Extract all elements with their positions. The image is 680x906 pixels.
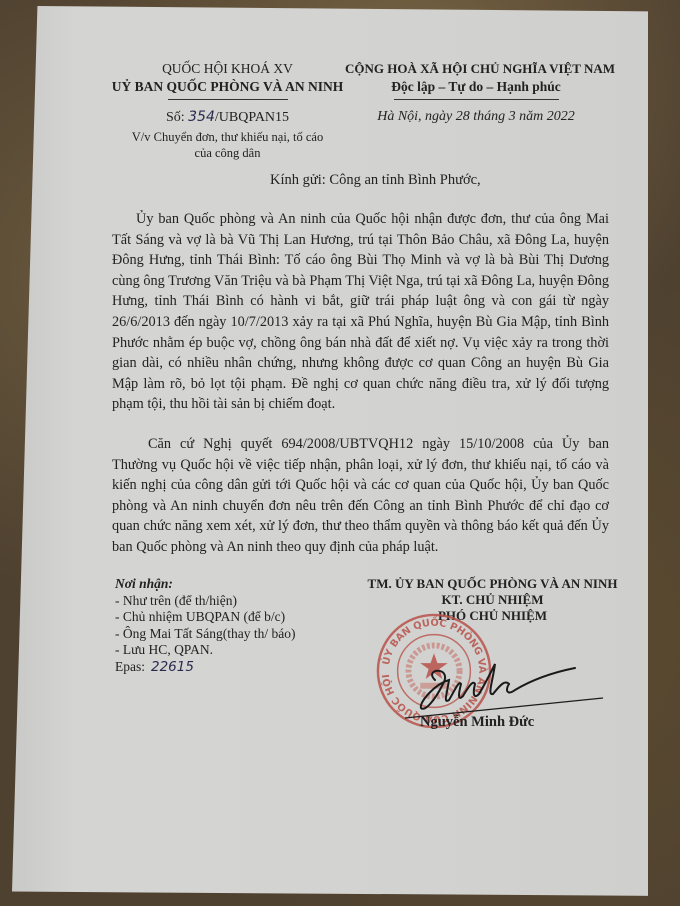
document-number: Số: 354/UBQPAN15 (100, 108, 355, 127)
body-paragraph-1: Ủy ban Quốc phòng và An ninh của Quốc hộ… (112, 209, 609, 415)
national-header: CỘNG HOÀ XÃ HỘI CHỦ NGHĨA VIỆT NAM Độc l… (345, 60, 607, 126)
agency-name: UỶ BAN QUỐC PHÒNG VÀ AN NINH (100, 78, 355, 96)
salutation: Kính gửi: Công an tỉnh Bình Phước, (270, 172, 481, 189)
recipient-item: - Lưu HC, QPAN. (115, 642, 295, 659)
header-underline (168, 99, 288, 100)
document-date: Hà Nội, ngày 28 tháng 3 năm 2022 (345, 108, 607, 126)
signer-name: Nguyễn Minh Đức (420, 714, 534, 731)
recipients-list: Nơi nhận: - Như trên (để th/hiện) - Chủ … (115, 576, 295, 675)
national-motto: Độc lập – Tự do – Hạnh phúc (345, 78, 607, 96)
issuing-agency-header: QUỐC HỘI KHOÁ XV UỶ BAN QUỐC PHÒNG VÀ AN… (100, 60, 355, 161)
handwritten-number: 354 (188, 109, 215, 125)
body-paragraph-2: Căn cứ Nghị quyết 694/2008/UBTVQH12 ngày… (112, 434, 609, 558)
recipient-item: - Như trên (để th/hiện) (115, 593, 295, 610)
handwritten-epas: 22615 (151, 659, 194, 675)
motto-underline (394, 99, 559, 100)
document-subject: V/v Chuyển đơn, thư khiếu nại, tố cáo củ… (100, 129, 355, 161)
official-letter: QUỐC HỘI KHOÁ XV UỶ BAN QUỐC PHÒNG VÀ AN… (0, 0, 680, 906)
recipients-title: Nơi nhận: (115, 576, 295, 593)
recipient-item: - Ông Mai Tất Sáng(thay th/ báo) (115, 626, 295, 643)
agency-parent: QUỐC HỘI KHOÁ XV (100, 60, 355, 78)
country-name: CỘNG HOÀ XÃ HỘI CHỦ NGHĨA VIỆT NAM (345, 60, 607, 78)
recipient-item: - Chủ nhiệm UBQPAN (để b/c) (115, 609, 295, 626)
epas-number: Epas:22615 (115, 659, 295, 676)
